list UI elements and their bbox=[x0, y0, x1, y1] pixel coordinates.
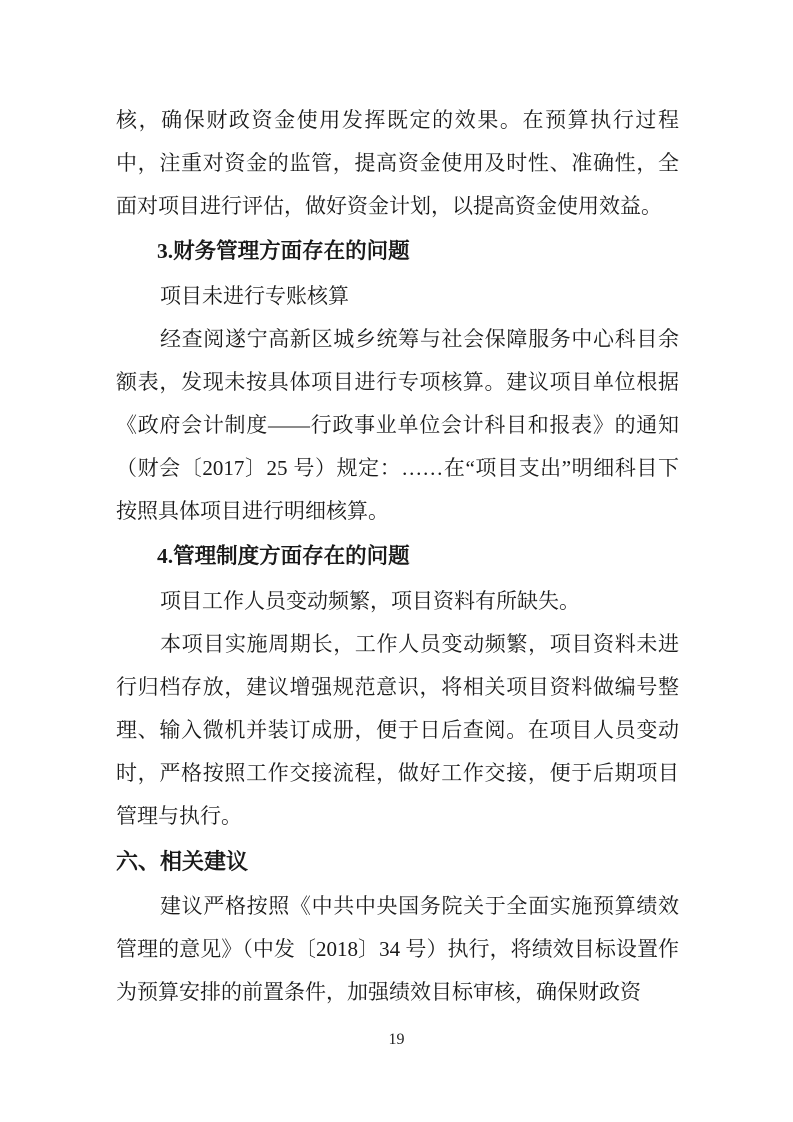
body-paragraph: 核，确保财政资金使用发挥既定的效果。在预算执行过程中，注重对资金的监管，提高资金… bbox=[116, 99, 679, 228]
heading-related-suggestions: 六、相关建议 bbox=[116, 840, 679, 883]
heading-financial-management-issues: 3.财务管理方面存在的问题 bbox=[116, 230, 679, 273]
body-paragraph: 项目未进行专账核算 bbox=[116, 275, 679, 318]
body-paragraph: 项目工作人员变动频繁，项目资料有所缺失。 bbox=[116, 580, 679, 623]
page-number: 19 bbox=[389, 1031, 405, 1048]
body-paragraph: 本项目实施周期长，工作人员变动频繁，项目资料未进行归档存放，建议增强规范意识，将… bbox=[116, 623, 679, 838]
body-paragraph: 建议严格按照《中共中央国务院关于全面实施预算绩效管理的意见》（中发〔2018〕3… bbox=[116, 885, 679, 1014]
heading-management-system-issues: 4.管理制度方面存在的问题 bbox=[116, 535, 679, 578]
body-paragraph: 经查阅遂宁高新区城乡统筹与社会保障服务中心科目余额表，发现未按具体项目进行专项核… bbox=[116, 318, 679, 533]
document-page: 核，确保财政资金使用发挥既定的效果。在预算执行过程中，注重对资金的监管，提高资金… bbox=[0, 0, 793, 1122]
page-footer: 19 bbox=[0, 1030, 793, 1050]
document-body: 核，确保财政资金使用发挥既定的效果。在预算执行过程中，注重对资金的监管，提高资金… bbox=[116, 99, 679, 1014]
